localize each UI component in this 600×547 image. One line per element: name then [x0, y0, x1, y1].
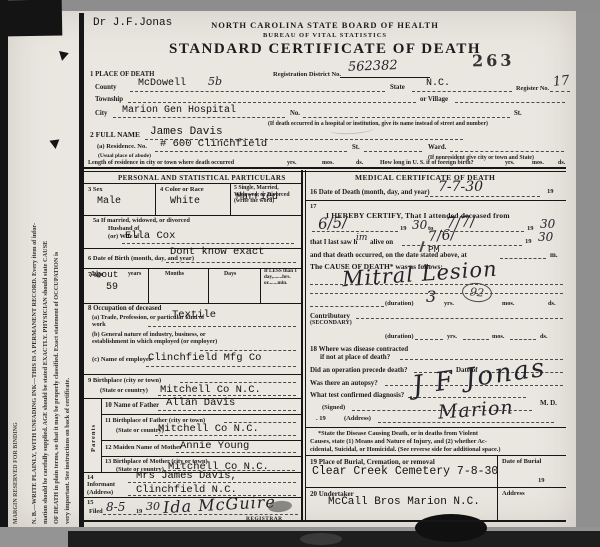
duration-yrs-label: yrs.	[444, 300, 454, 307]
date-of-death-label: 16 Date of Death (month, day, and year)	[310, 188, 430, 196]
form-left-border	[79, 13, 84, 527]
state-value: N.C.	[426, 78, 450, 89]
days-col-label: Days	[224, 271, 236, 278]
pl-row-line-10	[101, 456, 301, 457]
hospital-note: (If death occurred in a hospital or inst…	[268, 121, 488, 128]
race-label: 4 Color or Race	[160, 186, 204, 193]
employer-dotted-line	[146, 366, 296, 367]
abode-note: (Usual place of abode)	[98, 153, 151, 159]
years-col-label: years	[128, 271, 141, 278]
duration2-yrs-label: yrs.	[447, 333, 457, 340]
test-diagnosis-label: What test confirmed diagnosis?	[310, 391, 404, 399]
mother-dotted-line	[176, 452, 296, 453]
length-ds-label: ds.	[356, 160, 363, 167]
margin-nb-line3: OF DEATH in plain terms, so that it may …	[53, 252, 60, 524]
registration-district-label: Registration District No.	[273, 71, 341, 78]
trade-value: Textile	[172, 309, 216, 321]
where-contracted-label-2: if not at place of death?	[320, 353, 390, 361]
pl-cell-divider-2	[230, 183, 231, 215]
certify-number: 17	[310, 203, 317, 210]
spouse-value: Ella Cox	[125, 230, 175, 242]
duration2-dotted-3	[510, 339, 536, 340]
to-19-label: 19	[527, 225, 534, 232]
register-no-label: Register No.	[516, 85, 549, 92]
age-cell-divider-1	[148, 268, 149, 303]
foreign-yrs-label: yrs.	[505, 160, 515, 167]
informant-label: Informant	[87, 481, 115, 488]
scan-corner-shadow	[0, 0, 62, 37]
full-name-label: 2 FULL NAME	[90, 131, 140, 140]
foreign-birth-label: How long in U. S. if of foreign birth?	[380, 160, 474, 167]
residence-st-dotted	[364, 151, 422, 152]
secondary-label: (SECONDARY)	[310, 320, 352, 327]
ink-blob-small	[300, 533, 342, 545]
duration2-ds-label: ds.	[540, 333, 548, 340]
foreign-ds-label: ds.	[558, 160, 565, 167]
house-no-dotted-line	[303, 117, 358, 118]
city-label: City	[95, 110, 107, 118]
dob-dotted-line	[166, 262, 296, 263]
if-married-label: 5a If married, widowed, or divorced	[93, 217, 190, 224]
duration2-mos-label: mos.	[492, 333, 504, 340]
residence-value: # 600 Clinchfield	[160, 138, 267, 150]
race-value: White	[170, 196, 200, 207]
father-bp-value: Mitchell Co N.C.	[158, 423, 259, 435]
scanned-death-certificate: MARGIN RESERVED FOR BINDING N. B.—WRITE …	[0, 0, 600, 547]
signed-label: (Signed)	[322, 404, 345, 411]
filed-year-value: 30	[146, 500, 160, 513]
age-about-value: About	[90, 269, 119, 280]
length-yrs-label: yrs.	[287, 160, 297, 167]
margin-nb-line2: mation should be carefully supplied. AGE…	[42, 241, 49, 524]
death-occurred-label: and that death occurred, on the date sta…	[310, 251, 467, 259]
employer-value: Clinchfield Mfg Co	[148, 352, 261, 364]
attended-from-dotted	[312, 231, 398, 232]
med-row-line-1	[305, 200, 566, 201]
marital-value: Married	[236, 192, 278, 203]
pl-row-line-5	[84, 303, 301, 304]
from-19-label: 19	[400, 225, 407, 232]
attended-from-value: 6/5/	[317, 213, 347, 233]
cause-dotted-2	[310, 293, 563, 294]
months-col-label: Months	[165, 271, 184, 278]
footnote-line-3: cidental, Suicidal, or Homicidal. (See r…	[310, 446, 500, 453]
contributory-label: Contributory	[310, 312, 350, 320]
last-saw-h-fill: im	[356, 233, 367, 243]
street-label: St.	[514, 110, 522, 118]
full-name-value: James Davis	[150, 126, 223, 138]
duration-ds-label: ds.	[548, 300, 556, 307]
industry-label: (b) General nature of industry, business…	[92, 331, 242, 345]
filed-label: Filed	[89, 508, 103, 515]
duration2-label: (duration)	[385, 333, 414, 340]
father-dotted-line	[158, 410, 296, 411]
birthplace-dotted-1	[180, 382, 296, 383]
double-rule-top	[82, 167, 566, 169]
birthplace-dotted-2	[158, 395, 296, 396]
birthplace-label: 9 Birthplace (city or town)	[88, 377, 161, 384]
informant-dotted-line	[128, 482, 296, 483]
bureau-subtitle: BUREAU OF VITAL STATISTICS	[120, 32, 530, 39]
father-bp-state-label: (State or country)	[116, 427, 164, 434]
lastsaw-19-label: 19	[525, 238, 532, 245]
center-divider-right	[305, 170, 306, 520]
margin-check-mark-2	[49, 139, 60, 149]
industry-dotted-line	[200, 350, 296, 351]
parents-divider	[101, 398, 102, 472]
county-value: McDowell	[138, 78, 186, 89]
city-value: Marion Gen Hospital	[122, 105, 236, 116]
operation-label: Did an operation precede death?	[310, 366, 407, 374]
footnote-line-2: Causes, state (1) Means and Nature of In…	[310, 438, 487, 445]
duration2-dotted-2	[463, 339, 489, 340]
cause-dotted-1	[310, 284, 563, 285]
state-label: State	[390, 84, 405, 92]
sex-value: Male	[97, 196, 121, 207]
scan-right-band	[576, 0, 600, 547]
margin-nb-line1: N. B.—WRITE PLAINLY, WITH UNFADING INK—T…	[31, 223, 38, 524]
trade-dotted-line	[148, 326, 296, 327]
occupation-label: 8 Occupation of deceased	[88, 305, 161, 313]
parents-vertical-label: Parents	[90, 424, 97, 452]
ward-dotted-line	[450, 151, 564, 152]
certificate-number-stamp: 263	[472, 52, 515, 71]
dob-value: Dont know exact	[170, 246, 265, 258]
township-dotted-line	[128, 102, 416, 103]
county-dotted-line	[130, 91, 385, 92]
burial-19-label: 19	[538, 477, 545, 484]
burial-cell-divider	[497, 455, 498, 487]
scan-left-edge	[0, 0, 8, 547]
duration-dotted	[310, 306, 384, 307]
house-no-label: No.	[290, 110, 300, 118]
length-mos-label: mos.	[322, 160, 334, 167]
pl-row-line-1	[84, 183, 301, 184]
certificate-title: STANDARD CERTIFICATE OF DEATH	[120, 41, 530, 58]
burial-value: Clear Creek Cemetery 7-8-30	[312, 465, 498, 478]
less-than-day-label: If LESS than 1 day,.......hrs. or.......…	[264, 269, 299, 287]
contributory-dotted	[356, 318, 563, 319]
med-row-line-2	[305, 427, 566, 428]
length-residence-label: Length of residence in city or town wher…	[88, 160, 234, 167]
mother-value: Annie Young	[180, 440, 249, 452]
pl-row-line-8	[101, 414, 301, 415]
last-saw-value: 7/6/	[427, 227, 456, 245]
father-bp-dotted-2	[155, 435, 296, 436]
date-of-death-value: 7-7-30	[438, 179, 483, 195]
foreign-mos-label: mos.	[532, 160, 544, 167]
physician-address-dotted	[378, 422, 554, 423]
last-saw-label: that I last saw h	[310, 238, 357, 246]
filed-number: 15	[87, 499, 94, 506]
margin-nb-line4: very important. See instructions on back…	[64, 378, 71, 524]
spouse-dotted-line	[122, 243, 294, 244]
personal-section-title: PERSONAL AND STATISTICAL PARTICULARS	[118, 174, 286, 182]
age-years-value: 59	[106, 282, 118, 293]
duration-mos-label: mos.	[502, 300, 514, 307]
age-cell-divider-3	[260, 268, 261, 303]
to-year-value: 30	[540, 217, 555, 231]
register-no-value: 17	[552, 73, 570, 90]
ward-label: Ward.	[428, 144, 446, 152]
alive-on-label: alive on	[370, 238, 393, 246]
pl-row-line-2	[84, 215, 301, 216]
lastsaw-year-value: 30	[538, 230, 553, 244]
county-label: County	[95, 84, 117, 92]
register-dotted-line	[550, 91, 570, 92]
duration-years-value: 3	[426, 287, 436, 306]
village-label: or Village	[420, 96, 448, 104]
death-occurred-dotted	[500, 258, 546, 259]
undertaker-value: McCall Bros Marion N.C.	[328, 496, 480, 508]
age-cell-divider-2	[208, 268, 209, 303]
registration-district-value: 562382	[348, 58, 398, 75]
father-value: Allan Davis	[166, 397, 235, 409]
duration-label: (duration)	[385, 300, 414, 307]
pl-cell-divider-1	[155, 183, 156, 215]
dod-19-label: 19	[547, 188, 554, 195]
birthplace-state-label: (State or country)	[100, 387, 148, 394]
pl-row-line-6	[84, 374, 301, 375]
from-year-value: 30	[412, 218, 427, 232]
city-dotted-line	[113, 117, 285, 118]
county-note: 5b	[208, 75, 222, 88]
med-row-line-4	[305, 487, 566, 488]
residence-dotted-line	[155, 151, 347, 152]
double-rule-bottom	[82, 171, 566, 172]
center-divider-left	[301, 170, 303, 520]
dot-19-label: . 19	[316, 415, 326, 422]
med-row-line-3	[305, 455, 566, 456]
burial-date-label: Date of Burial	[502, 458, 541, 465]
undertaker-address-label: Address	[502, 490, 525, 497]
margin-binding-note: MARGIN RESERVED FOR BINDING	[13, 422, 19, 524]
registration-district-line	[340, 77, 430, 78]
mother-label: 12 Maiden Name of Mother	[105, 444, 182, 451]
ink-blob	[415, 514, 487, 542]
township-label: Township	[95, 96, 123, 104]
registrar-label: REGISTRAR	[246, 516, 283, 522]
autopsy-label: Was there an autopsy?	[310, 379, 378, 387]
duration2-dotted-1	[415, 339, 443, 340]
dod-dotted-line	[425, 196, 540, 197]
undertaker-cell-divider	[497, 487, 498, 520]
where-contracted-label-1: 18 Where was disease contracted	[310, 345, 408, 353]
sex-label: 3 Sex	[88, 186, 103, 193]
street-dotted-line	[362, 117, 510, 118]
margin-check-mark	[57, 51, 69, 62]
md-label: M. D.	[540, 399, 557, 407]
employer-label: (c) Name of employer	[92, 356, 152, 363]
father-label: 10 Name of Father	[105, 402, 159, 410]
physician-address-label: (Address)	[344, 415, 371, 422]
village-dotted-line	[455, 102, 565, 103]
scan-top-band	[62, 0, 600, 11]
residence-st-label: St.	[352, 144, 360, 152]
residence-label: (a) Residence. No.	[97, 143, 147, 150]
footnote-line-1: *State the Disease Causing Death, or in …	[318, 430, 478, 437]
informant-value: Mrs James Davis,	[136, 470, 237, 482]
informant-address-label: (Address)	[87, 489, 113, 496]
state-dotted-line	[412, 91, 512, 92]
form-bottom-border	[84, 520, 566, 522]
board-title: NORTH CAROLINA STATE BOARD OF HEALTH	[120, 21, 530, 31]
filed-date-value: 8-5	[106, 500, 125, 514]
death-m-label: m.	[550, 251, 558, 259]
